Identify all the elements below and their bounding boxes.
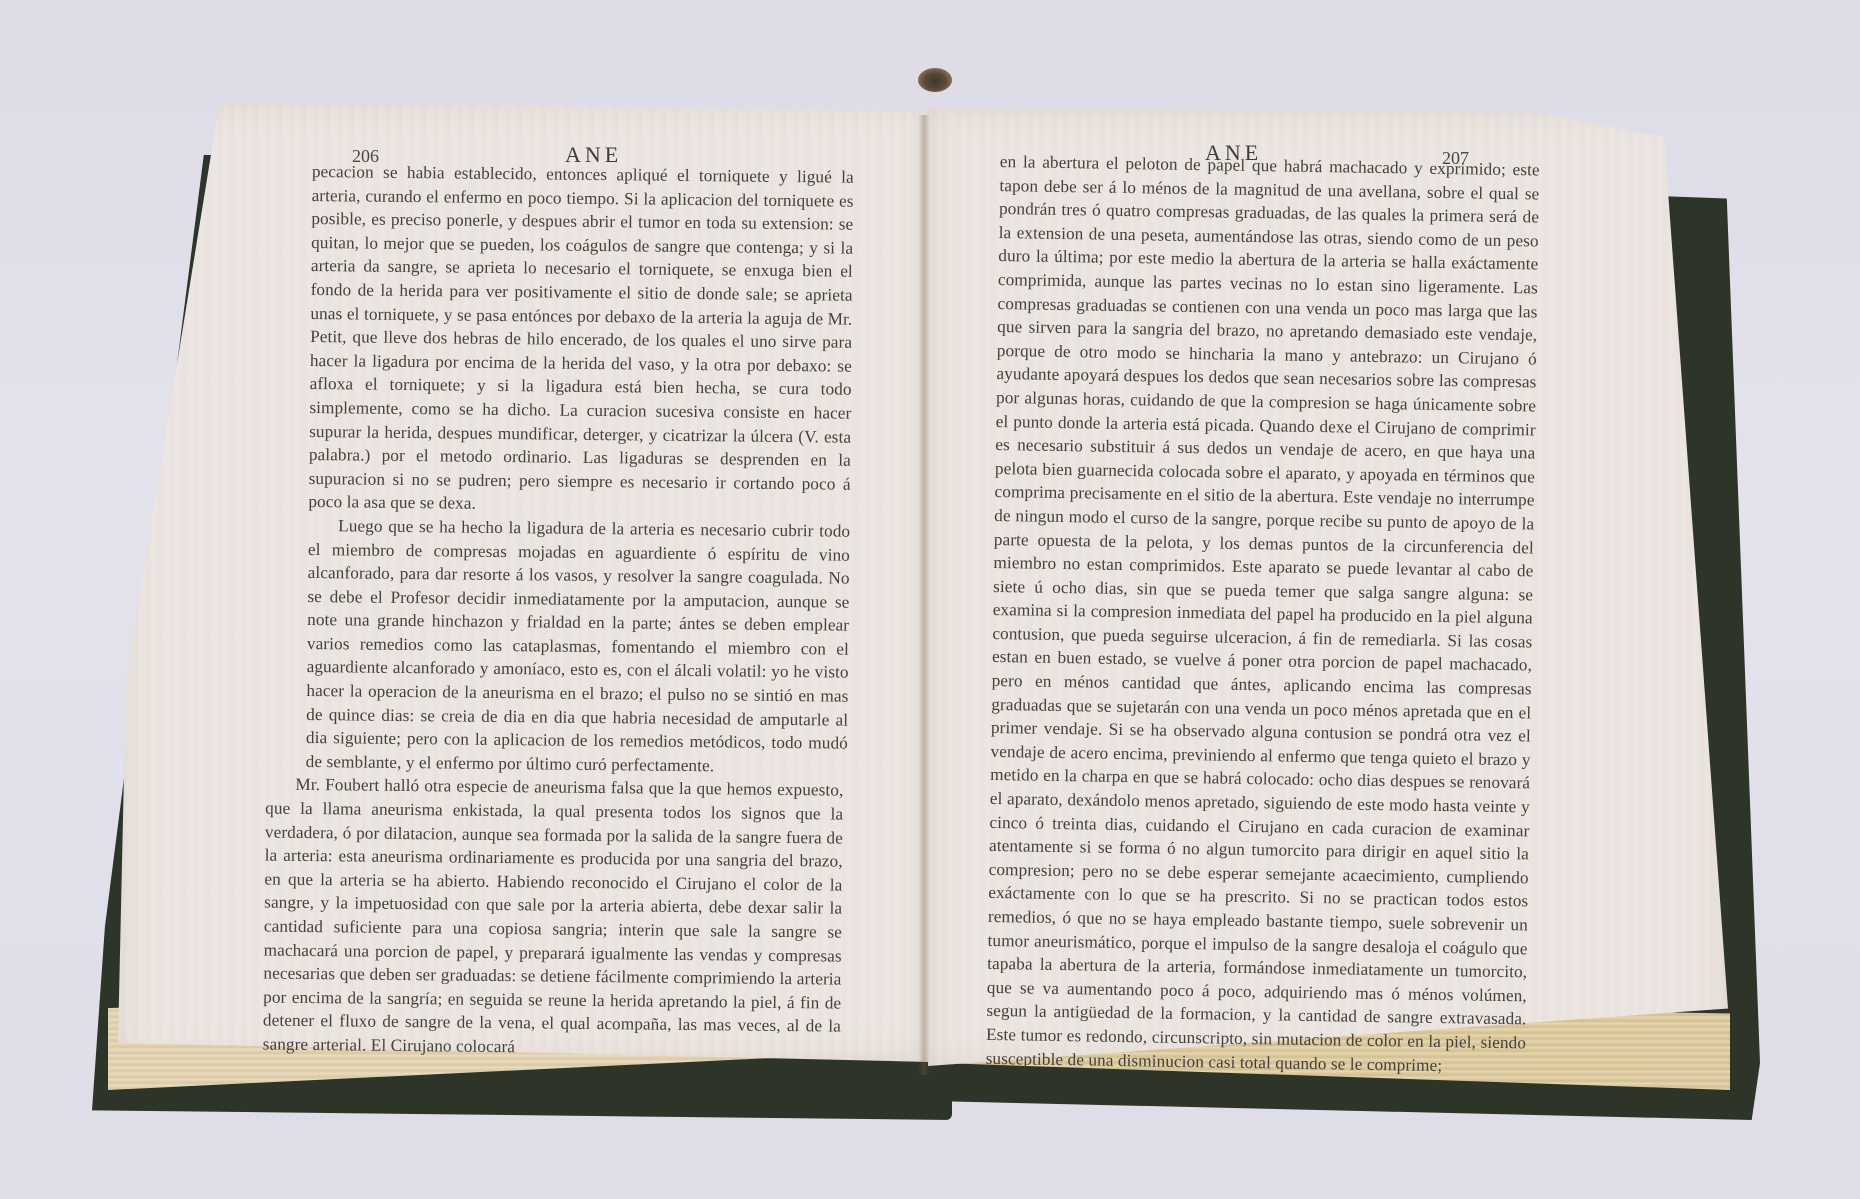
paragraph: Luego que se ha hecho la ligadura de la … <box>306 514 851 779</box>
paragraph: pecacion se habia establecido, entonces … <box>308 160 854 520</box>
paragraph: Mr. Foubert halló otra especie de aneuri… <box>263 773 844 1062</box>
left-page-text: pecacion se habia establecido, entonces … <box>303 160 854 1062</box>
right-page-text: en la abertura el peloton de papel que h… <box>986 150 1540 1079</box>
paragraph: en la abertura el peloton de papel que h… <box>986 150 1540 1079</box>
pin-hole <box>918 68 952 92</box>
book-gutter <box>918 115 930 1075</box>
photo-scene: 206 ANE ANE 207 pecacion se habia establ… <box>0 0 1860 1199</box>
